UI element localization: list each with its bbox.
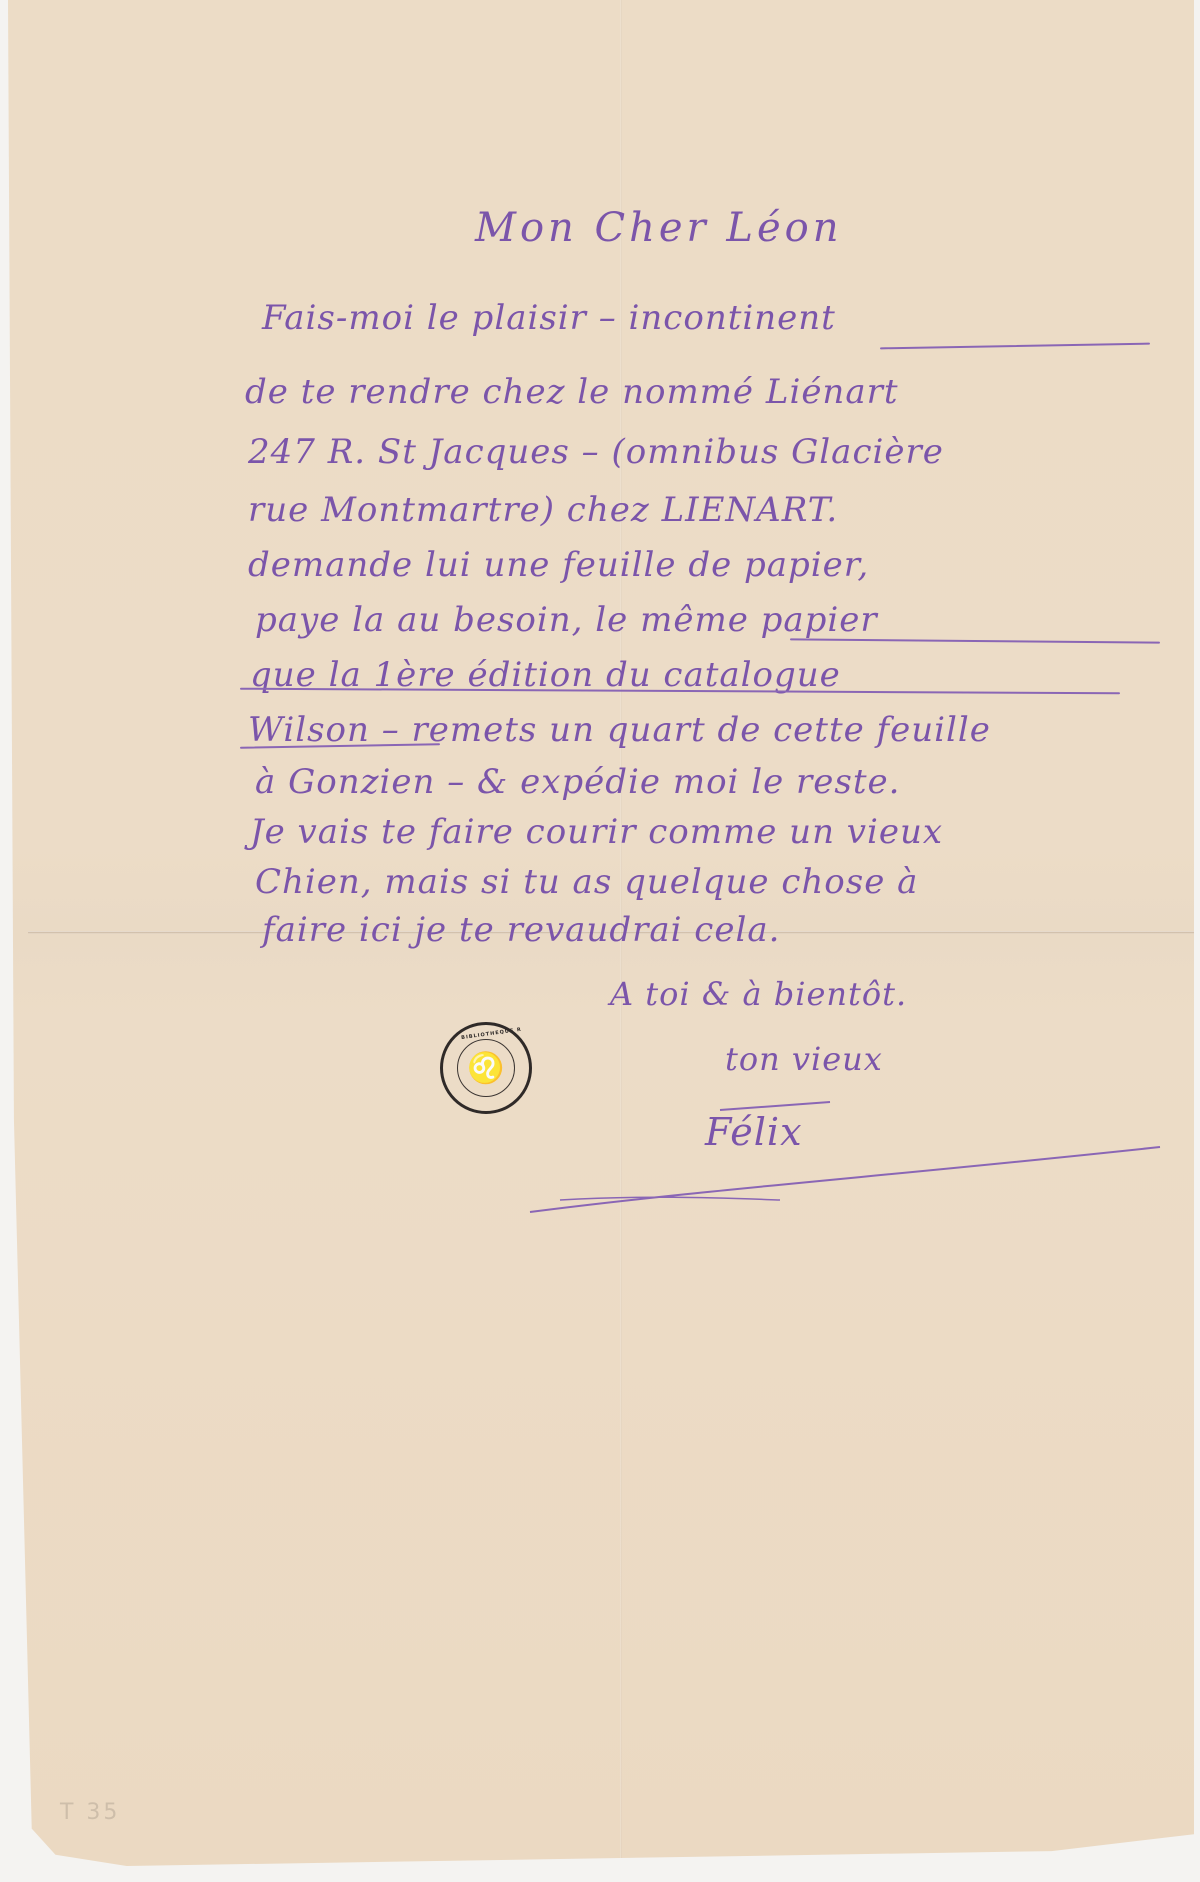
letter-line-3: 247 R. St Jacques – (omnibus Glacière	[248, 432, 944, 472]
lion-icon: ♌	[457, 1039, 515, 1097]
letter-line-4: rue Montmartre) chez LIENART.	[248, 490, 838, 530]
letter-line-10: Je vais te faire courir comme un vieux	[250, 812, 943, 852]
letter-line-11: Chien, mais si tu as quelque chose à	[255, 862, 918, 902]
letter-line-12: faire ici je te revaudrai cela.	[262, 910, 780, 950]
letter-line-2: de te rendre chez le nommé Liénart	[245, 372, 899, 412]
salutation: Mon Cher Léon	[475, 205, 842, 251]
closing-line-1: A toi & à bientôt.	[610, 975, 907, 1013]
closing-line-2: ton vieux	[725, 1040, 883, 1078]
signature: Félix	[705, 1110, 803, 1154]
library-stamp: ♌ BIBLIOTHEQUE ROYALE DE BELGIQUE	[440, 1022, 532, 1114]
letter-line-5: demande lui une feuille de papier,	[248, 545, 869, 585]
letter-line-1: Fais-moi le plaisir – incontinent	[262, 298, 836, 338]
pencil-note: T 35	[60, 1800, 120, 1825]
letter-line-9: à Gonzien – & expédie moi le reste.	[255, 762, 900, 802]
letter-line-6: paye la au besoin, le même papier	[255, 600, 878, 640]
